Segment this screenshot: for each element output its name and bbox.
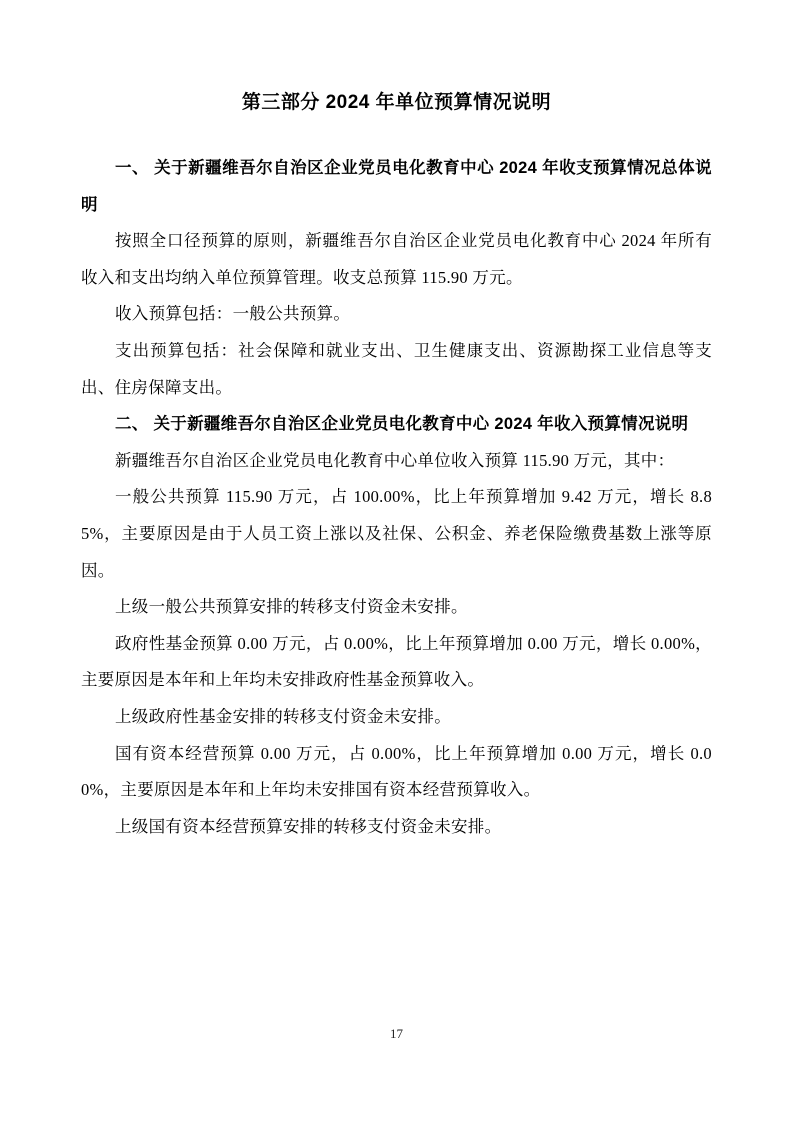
paragraph-state-capital-transfer: 上级国有资本经营预算安排的转移支付资金未安排。 xyxy=(81,809,712,846)
section-heading-income-budget: 二、 关于新疆维吾尔自治区企业党员电化教育中心 2024 年收入预算情况说明 xyxy=(81,406,712,443)
document-page: 第三部分 2024 年单位预算情况说明 一、 关于新疆维吾尔自治区企业党员电化教… xyxy=(0,0,793,1122)
paragraph-government-fund-transfer: 上级政府性基金安排的转移支付资金未安排。 xyxy=(81,699,712,736)
paragraph-general-public-transfer: 上级一般公共预算安排的转移支付资金未安排。 xyxy=(81,589,712,626)
paragraph-general-public-budget: 一般公共预算 115.90 万元，占 100.00%，比上年预算增加 9.42 … xyxy=(81,479,712,589)
paragraph-income-total: 新疆维吾尔自治区企业党员电化教育中心单位收入预算 115.90 万元，其中： xyxy=(81,443,712,480)
document-content: 第三部分 2024 年单位预算情况说明 一、 关于新疆维吾尔自治区企业党员电化教… xyxy=(81,88,712,845)
paragraph-government-fund-budget: 政府性基金预算 0.00 万元，占 0.00%，比上年预算增加 0.00 万元，… xyxy=(81,626,712,699)
section-heading-income-expenditure: 一、 关于新疆维吾尔自治区企业党员电化教育中心 2024 年收支预算情况总体说明 xyxy=(81,150,712,223)
paragraph-income-scope: 收入预算包括：一般公共预算。 xyxy=(81,296,712,333)
paragraph-overall-budget: 按照全口径预算的原则，新疆维吾尔自治区企业党员电化教育中心 2024 年所有收入… xyxy=(81,223,712,296)
document-title: 第三部分 2024 年单位预算情况说明 xyxy=(81,88,712,118)
paragraph-state-capital-budget: 国有资本经营预算 0.00 万元，占 0.00%，比上年预算增加 0.00 万元… xyxy=(81,736,712,809)
paragraph-expenditure-scope: 支出预算包括：社会保障和就业支出、卫生健康支出、资源勘探工业信息等支出、住房保障… xyxy=(81,333,712,406)
page-number: 17 xyxy=(0,1026,793,1042)
